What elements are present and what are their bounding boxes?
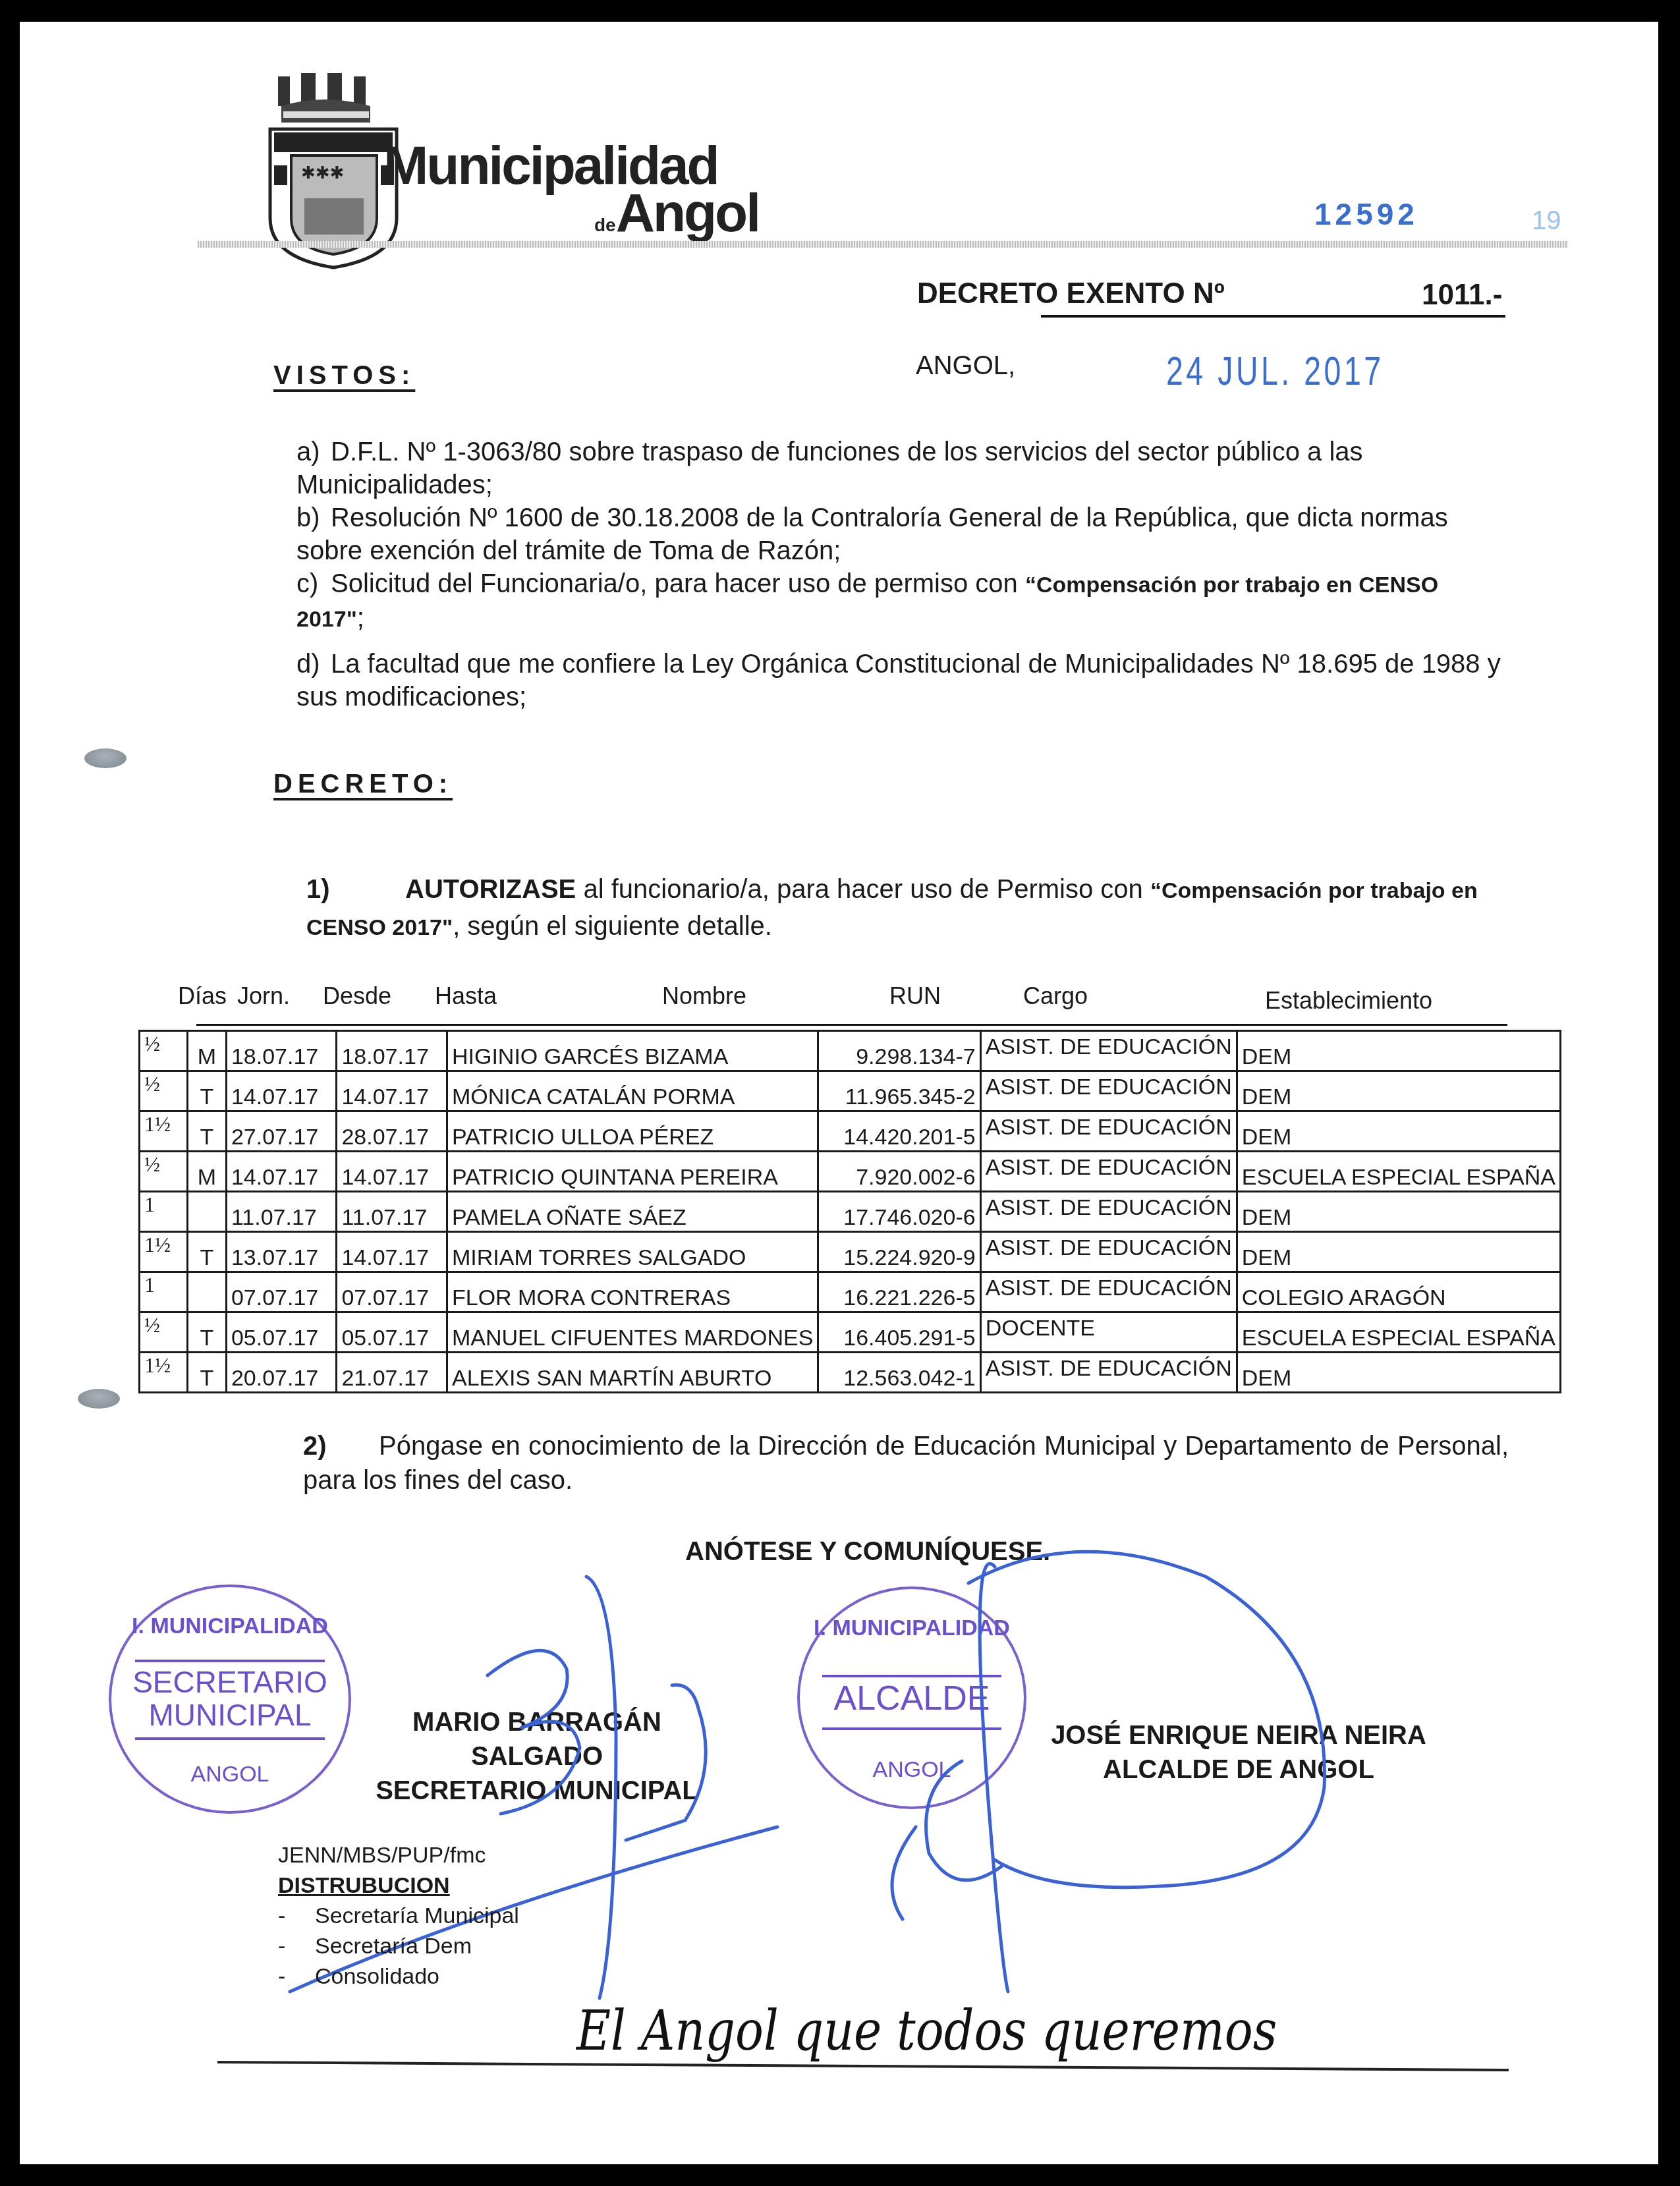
- distribution-block: JENN/MBS/PUP/fmc DISTRUBUCION -Secretarí…: [278, 1840, 519, 1992]
- cell-cargo: DOCENTE: [980, 1312, 1237, 1353]
- cell-jorn: M: [187, 1031, 226, 1071]
- cell-establecimiento: DEM: [1237, 1232, 1560, 1272]
- cell-nombre: PATRICIO QUINTANA PEREIRA: [447, 1152, 818, 1192]
- cell-cargo: ASIST. DE EDUCACIÓN: [980, 1192, 1237, 1232]
- vistos-item-a: a)D.F.L. Nº 1-3063/80 sobre traspaso de …: [296, 435, 1509, 501]
- table-row: ½T14.07.1714.07.17MÓNICA CATALÁN PORMA11…: [140, 1071, 1561, 1111]
- cell-dias: ½: [140, 1031, 188, 1071]
- table-row: 1½T13.07.1714.07.17MIRIAM TORRES SALGADO…: [140, 1232, 1561, 1272]
- cell-establecimiento: DEM: [1237, 1111, 1560, 1152]
- decree-point-1: 1)AUTORIZASE al funcionario/a, para hace…: [306, 872, 1512, 945]
- seal-alcalde: I. MUNICIPALIDAD ALCALDE ANGOL: [797, 1586, 1026, 1809]
- cell-establecimiento: DEM: [1237, 1031, 1560, 1071]
- cell-dias: 1: [140, 1192, 188, 1232]
- document-page: ✱✱✱ Municipalidad deAngol 12592 19 DECRE…: [20, 22, 1658, 2164]
- cell-establecimiento: DEM: [1237, 1192, 1560, 1232]
- cell-desde: 18.07.17: [226, 1031, 337, 1071]
- table-row: ½M18.07.1718.07.17HIGINIO GARCÉS BIZAMA9…: [140, 1031, 1561, 1071]
- cell-hasta: 11.07.17: [337, 1192, 447, 1232]
- cell-jorn: T: [187, 1353, 226, 1393]
- closing-formula: ANÓTESE Y COMUNÍQUESE.: [685, 1537, 1050, 1567]
- vistos-heading: VISTOS:: [273, 361, 415, 391]
- distribution-item: -Secretaría Dem: [278, 1931, 519, 1961]
- cell-run: 7.920.002-6: [818, 1152, 980, 1192]
- decree-point-2: 2)Póngase en conocimiento de la Direcció…: [303, 1429, 1509, 1498]
- cell-desde: 27.07.17: [226, 1111, 337, 1152]
- cell-desde: 07.07.17: [226, 1272, 337, 1312]
- cell-run: 11.965.345-2: [818, 1071, 980, 1111]
- cell-jorn: T: [187, 1111, 226, 1152]
- cell-hasta: 14.07.17: [337, 1232, 447, 1272]
- cell-desde: 20.07.17: [226, 1353, 337, 1393]
- col-header-establecimiento: Establecimiento: [1265, 987, 1432, 1015]
- cell-hasta: 28.07.17: [337, 1111, 447, 1152]
- reference-initials: JENN/MBS/PUP/fmc: [278, 1840, 519, 1870]
- header-divider: [198, 241, 1568, 248]
- table-row: ½T05.07.1705.07.17MANUEL CIFUENTES MARDO…: [140, 1312, 1561, 1353]
- mayor-signature-block: JOSÉ ENRIQUE NEIRA NEIRA ALCALDE DE ANGO…: [1048, 1718, 1430, 1787]
- cell-hasta: 14.07.17: [337, 1152, 447, 1192]
- hole-punch: [84, 748, 126, 768]
- col-header-cargo: Cargo: [1023, 982, 1088, 1010]
- cell-dias: 1½: [140, 1232, 188, 1272]
- cell-desde: 14.07.17: [226, 1071, 337, 1111]
- col-header-dias: Días: [178, 982, 227, 1010]
- cell-jorn: T: [187, 1071, 226, 1111]
- cell-nombre: FLOR MORA CONTRERAS: [447, 1272, 818, 1312]
- cell-run: 16.405.291-5: [818, 1312, 980, 1353]
- cell-desde: 13.07.17: [226, 1232, 337, 1272]
- place-label: ANGOL,: [916, 351, 1015, 381]
- cell-desde: 14.07.17: [226, 1152, 337, 1192]
- permit-table: ½M18.07.1718.07.17HIGINIO GARCÉS BIZAMA9…: [138, 1030, 1561, 1393]
- cell-dias: ½: [140, 1312, 188, 1353]
- cell-nombre: PAMELA OÑATE SÁEZ: [447, 1192, 818, 1232]
- cell-cargo: ASIST. DE EDUCACIÓN: [980, 1071, 1237, 1111]
- table-row: ½M14.07.1714.07.17PATRICIO QUINTANA PERE…: [140, 1152, 1561, 1192]
- cell-hasta: 18.07.17: [337, 1031, 447, 1071]
- org-name-city: deAngol: [594, 182, 759, 244]
- distribution-item: -Secretaría Municipal: [278, 1901, 519, 1931]
- cell-jorn: T: [187, 1312, 226, 1353]
- col-header-run: RUN: [889, 982, 941, 1010]
- vistos-item-d: d)La facultad que me confiere la Ley Org…: [296, 648, 1509, 714]
- seal-secretario-municipal: I. MUNICIPALIDAD SECRETARIO MUNICIPAL AN…: [109, 1584, 351, 1814]
- decree-number: 1011.-: [1422, 279, 1502, 312]
- table-row: 111.07.1711.07.17PAMELA OÑATE SÁEZ17.746…: [140, 1192, 1561, 1232]
- cell-establecimiento: DEM: [1237, 1071, 1560, 1111]
- cell-run: 14.420.201-5: [818, 1111, 980, 1152]
- svg-text:✱✱✱: ✱✱✱: [301, 163, 344, 182]
- cell-desde: 11.07.17: [226, 1192, 337, 1232]
- cell-dias: ½: [140, 1152, 188, 1192]
- col-header-jorn: Jorn.: [237, 982, 290, 1010]
- cell-run: 12.563.042-1: [818, 1353, 980, 1393]
- cell-cargo: ASIST. DE EDUCACIÓN: [980, 1232, 1237, 1272]
- registry-stamp-number: 12592: [1314, 196, 1418, 232]
- cell-establecimiento: COLEGIO ARAGÓN: [1237, 1272, 1560, 1312]
- distribution-heading: DISTRUBUCION: [278, 1870, 519, 1901]
- decree-title: DECRETO EXENTO Nº: [917, 277, 1225, 310]
- decree-number-underline: [1041, 315, 1505, 318]
- cell-jorn: [187, 1192, 226, 1232]
- cell-nombre: ALEXIS SAN MARTÍN ABURTO: [447, 1353, 818, 1393]
- cell-nombre: HIGINIO GARCÉS BIZAMA: [447, 1031, 818, 1071]
- cell-cargo: ASIST. DE EDUCACIÓN: [980, 1031, 1237, 1071]
- secretary-signature-block: MARIO BARRAGÁN SALGADO SECRETARIO MUNICI…: [352, 1705, 721, 1808]
- cell-establecimiento: ESCUELA ESPECIAL ESPAÑA: [1237, 1152, 1560, 1192]
- cell-cargo: ASIST. DE EDUCACIÓN: [980, 1111, 1237, 1152]
- vistos-item-c: c)Solicitud del Funcionaria/o, para hace…: [296, 567, 1509, 636]
- table-row: 1½T20.07.1721.07.17ALEXIS SAN MARTÍN ABU…: [140, 1353, 1561, 1393]
- cell-run: 9.298.134-7: [818, 1031, 980, 1071]
- table-row: 107.07.1707.07.17FLOR MORA CONTRERAS16.2…: [140, 1272, 1561, 1312]
- cell-jorn: [187, 1272, 226, 1312]
- col-header-desde: Desde: [323, 982, 391, 1010]
- cell-jorn: M: [187, 1152, 226, 1192]
- cell-establecimiento: DEM: [1237, 1353, 1560, 1393]
- col-header-hasta: Hasta: [435, 982, 497, 1010]
- cell-dias: 1½: [140, 1353, 188, 1393]
- cell-dias: ½: [140, 1071, 188, 1111]
- cell-run: 16.221.226-5: [818, 1272, 980, 1312]
- cell-run: 17.746.020-6: [818, 1192, 980, 1232]
- cell-dias: 1: [140, 1272, 188, 1312]
- decreto-heading: DECRETO:: [273, 770, 453, 799]
- date-stamp: 24 JUL. 2017: [1166, 348, 1384, 395]
- cell-nombre: PATRICIO ULLOA PÉREZ: [447, 1111, 818, 1152]
- cell-nombre: MIRIAM TORRES SALGADO: [447, 1232, 818, 1272]
- cell-nombre: MANUEL CIFUENTES MARDONES: [447, 1312, 818, 1353]
- cell-desde: 05.07.17: [226, 1312, 337, 1353]
- cell-dias: 1½: [140, 1111, 188, 1152]
- cell-hasta: 05.07.17: [337, 1312, 447, 1353]
- col-header-nombre: Nombre: [662, 982, 746, 1010]
- cell-nombre: MÓNICA CATALÁN PORMA: [447, 1071, 818, 1111]
- cell-cargo: ASIST. DE EDUCACIÓN: [980, 1272, 1237, 1312]
- cell-cargo: ASIST. DE EDUCACIÓN: [980, 1152, 1237, 1192]
- cell-run: 15.224.920-9: [818, 1232, 980, 1272]
- hole-punch: [78, 1389, 120, 1409]
- cell-establecimiento: ESCUELA ESPECIAL ESPAÑA: [1237, 1312, 1560, 1353]
- cell-hasta: 14.07.17: [337, 1071, 447, 1111]
- cell-jorn: T: [187, 1232, 226, 1272]
- cell-cargo: ASIST. DE EDUCACIÓN: [980, 1353, 1237, 1393]
- table-row: 1½T27.07.1728.07.17PATRICIO ULLOA PÉREZ1…: [140, 1111, 1561, 1152]
- vistos-item-b: b)Resolución Nº 1600 de 30.18.2008 de la…: [296, 501, 1509, 567]
- cell-hasta: 21.07.17: [337, 1353, 447, 1393]
- cell-hasta: 07.07.17: [337, 1272, 447, 1312]
- distribution-item: -Consolidado: [278, 1961, 519, 1992]
- footer-motto: El Angol que todos queremos: [576, 1998, 1277, 2063]
- faint-stamp-mark: 19: [1532, 206, 1561, 236]
